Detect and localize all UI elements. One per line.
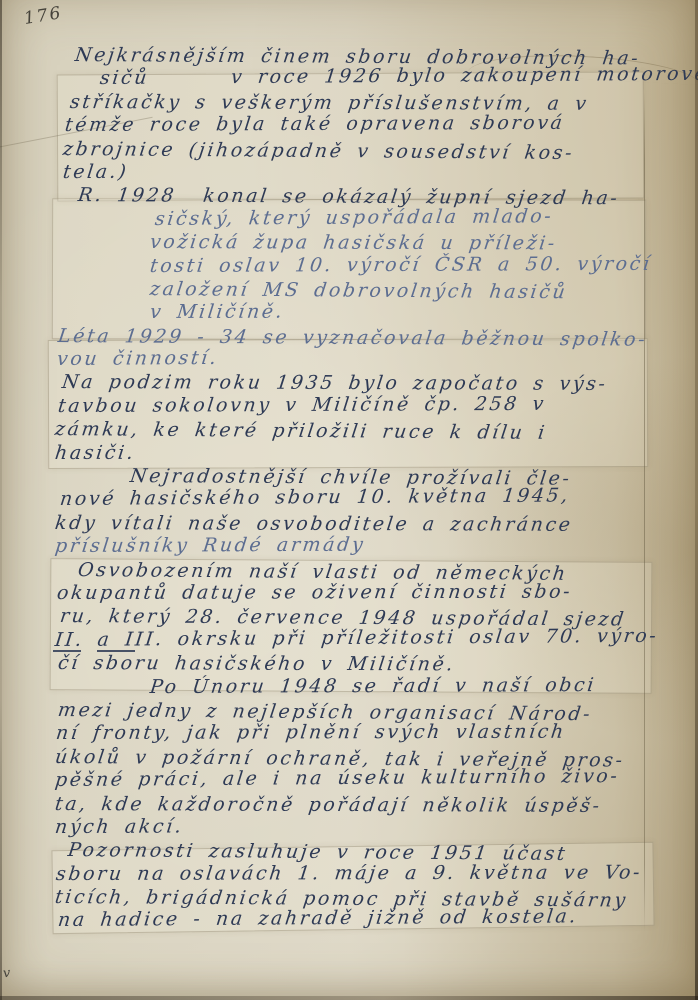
handwritten-line: sboru na oslavách 1. máje a 9. května ve… — [55, 861, 669, 886]
scan-edge-left — [0, 0, 2, 1000]
handwritten-line: vou činností. — [56, 344, 669, 372]
handwritten-line: příslušníky Rudé armády — [54, 533, 669, 559]
handwritten-line: Po Únoru 1948 se řadí v naší obci — [149, 673, 669, 699]
handwritten-line: II. a III. okrsku při příležitosti oslav… — [54, 624, 669, 652]
handwritten-line: sičů v roce 1926 bylo zakoupení motorové — [99, 63, 669, 90]
handwritten-line: pěšné práci, ale i na úseku kulturního ž… — [54, 765, 669, 793]
handwritten-line: na hadice - na zahradě jižně od kostela. — [57, 905, 669, 933]
handwritten-line: tavbou sokolovny v Miličíně čp. 258 v — [57, 392, 669, 418]
handwritten-line: tela.) — [62, 159, 669, 184]
chronicle-scan-page: 176 Nejkrásnějším činem sboru dobrovolný… — [0, 0, 698, 1000]
handwritten-line: hasiči. — [54, 440, 669, 465]
handwritten-line: ných akcí. — [54, 813, 669, 839]
handwritten-line: témže roce byla také opravena sborová — [64, 112, 669, 138]
handwritten-line: v Miličíně. — [149, 300, 669, 325]
handwriting-block: Nejkrásnějším činem sboru dobrovolných h… — [55, 44, 667, 933]
numeral-underline — [53, 650, 81, 652]
handwritten-line: tosti oslav 10. výročí ČSR a 50. výročí — [149, 252, 669, 278]
handwritten-line: ní fronty, jak při plnění svých vlastníc… — [55, 721, 669, 746]
margin-checkmark: v — [2, 966, 11, 982]
scan-edge-bottom — [0, 996, 698, 1000]
handwritten-line: okupantů datuje se oživení činnosti sbo- — [56, 580, 669, 605]
handwritten-line: sičský, který uspořádala mlado- — [154, 204, 669, 231]
page-number: 176 — [23, 3, 64, 29]
numeral-underline — [97, 650, 135, 652]
handwritten-line: nové hasičského sboru 10. května 1945, — [59, 484, 669, 512]
